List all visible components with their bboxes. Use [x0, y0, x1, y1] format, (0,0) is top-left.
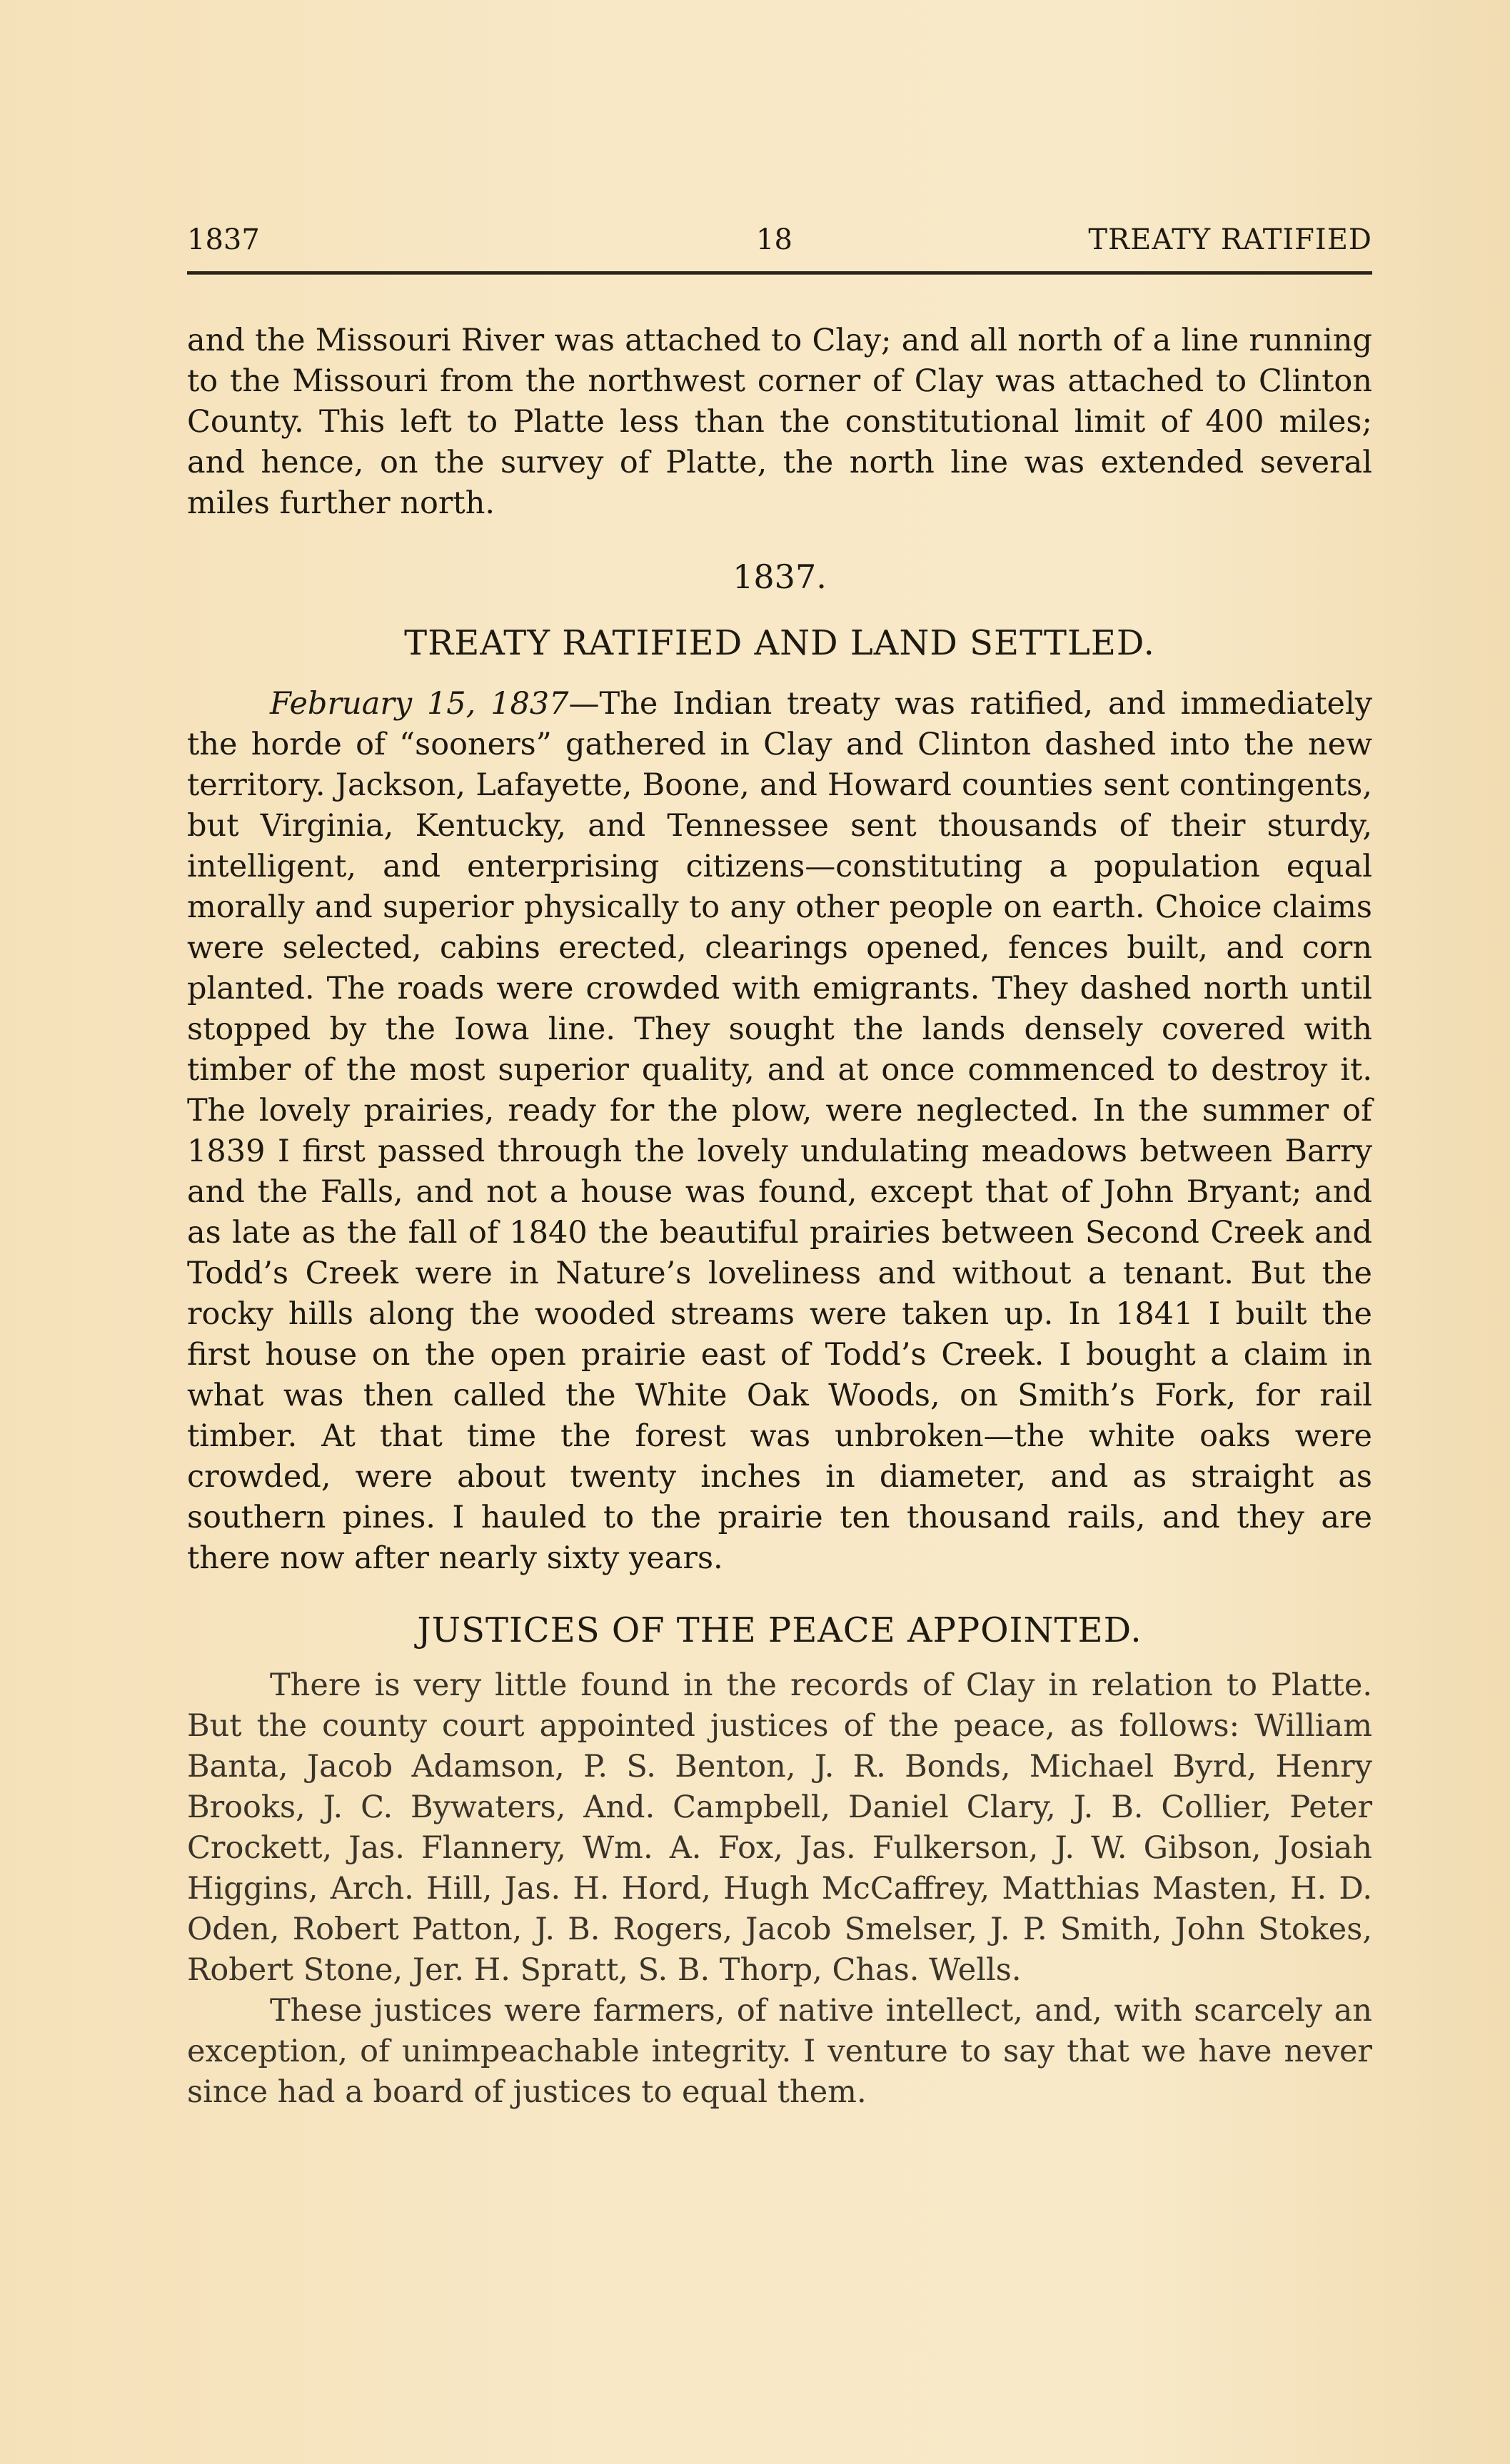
treaty-paragraph: February 15, 1837—The Indian treaty was … — [187, 684, 1372, 1579]
section-heading-justices: JUSTICES OF THE PEACE APPOINTED. — [187, 1610, 1372, 1651]
section-heading-treaty: TREATY RATIFIED AND LAND SETTLED. — [187, 623, 1372, 664]
year-heading: 1837. — [187, 557, 1372, 597]
justices-paragraph: There is very little found in the record… — [187, 1665, 1372, 1991]
page-body: and the Missouri River was attached to C… — [187, 320, 1372, 2113]
treaty-paragraph-body: —The Indian treaty was ratified, and imm… — [187, 686, 1372, 1576]
book-page: 1837 18 TREATY RATIFIED and the Missouri… — [187, 221, 1372, 2113]
closing-paragraph: These justices were farmers, of native i… — [187, 1991, 1372, 2113]
running-head: 1837 18 TREATY RATIFIED — [187, 221, 1372, 258]
justices-intro: There is very little found in the record… — [187, 1667, 1372, 1744]
justices-list: William Banta, Jacob Adamson, P. S. Bent… — [187, 1708, 1372, 1988]
page-number: 18 — [756, 221, 792, 258]
running-head-year: 1837 — [187, 221, 260, 258]
opening-paragraph: and the Missouri River was attached to C… — [187, 320, 1372, 524]
date-lead: February 15, 1837 — [270, 686, 569, 722]
header-rule — [187, 271, 1372, 275]
running-head-title: TREATY RATIFIED — [1088, 221, 1372, 258]
